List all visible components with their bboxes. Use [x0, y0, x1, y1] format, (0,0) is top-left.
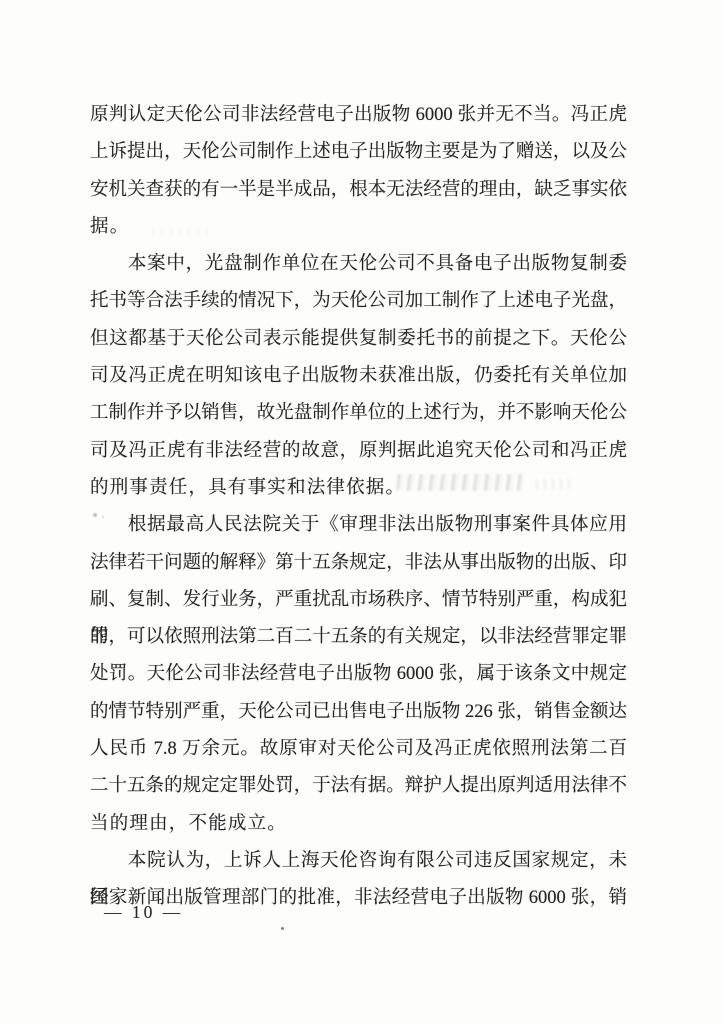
- ink-smudge-tail: [536, 479, 570, 489]
- scanned-document-page: 原判认定天伦公司非法经营电子出版物 6000 张并无不当。冯正虎 上诉提出，天伦…: [0, 0, 724, 1024]
- text-line: 但这都基于天伦公司表示能提供复制委托书的前提之下。天伦公: [90, 321, 627, 358]
- text-line: 二十五条的规定定罪处罚，于法有据。辩护人提出原判适用法律不: [90, 768, 627, 805]
- text-line: 本案中，光盘制作单位在天伦公司不具备电子出版物复制委: [90, 246, 627, 283]
- text-line: 根据最高人民法院关于《审理非法出版物刑事案件具体应用: [90, 507, 627, 544]
- faint-scan-speckle: [152, 228, 212, 236]
- text-line: 刷、复制、发行业务，严重扰乱市场秩序、情节特别严重，构成犯罪: [90, 582, 627, 619]
- text-line: 司及冯正虎有非法经营的故意，原判据此追究天伦公司和冯正虎: [90, 433, 627, 470]
- text-line: 处罚。天伦公司非法经营电子出版物 6000 张，属于该条文中规定: [90, 656, 627, 693]
- text-line: 司及冯正虎在明知该电子出版物未获准出版，仍委托有关单位加: [90, 358, 627, 395]
- margin-ink-dots: [93, 513, 97, 517]
- text-line: 人民币 7.8 万余元。故原审对天伦公司及冯正虎依照刑法第二百: [90, 731, 627, 768]
- text-line: 当的理由，不能成立。: [90, 806, 627, 843]
- ink-smudge: [396, 474, 523, 491]
- text-line: 的情节特别严重，天伦公司已出售电子出版物 226 张，销售金额达: [90, 694, 627, 731]
- text-line: 安机关查获的有一半是半成品，根本无法经营的理由，缺乏事实依: [90, 172, 627, 209]
- text-line: 法律若干问题的解释》第十五条规定，非法从事出版物的出版、印: [90, 545, 627, 582]
- text-line: 工制作并予以销售，故光盘制作单位的上述行为，并不影响天伦公: [90, 395, 627, 432]
- body-text: 原判认定天伦公司非法经营电子出版物 6000 张并无不当。冯正虎 上诉提出，天伦…: [90, 97, 627, 918]
- page-number: — 10 —: [104, 902, 183, 923]
- text-line: 托书等合法手续的情况下，为天伦公司加工制作了上述电子光盘，: [90, 283, 627, 320]
- text-line: 上诉提出，天伦公司制作上述电子出版物主要是为了赠送，以及公: [90, 134, 627, 171]
- stray-ink-dot: [281, 927, 284, 930]
- text-line: 原判认定天伦公司非法经营电子出版物 6000 张并无不当。冯正虎: [90, 97, 627, 134]
- text-line: 本院认为，上诉人上海天伦咨询有限公司违反国家规定，未经: [90, 843, 627, 880]
- text-line: 的，可以依照刑法第二百二十五条的有关规定，以非法经营罪定罪: [90, 619, 627, 656]
